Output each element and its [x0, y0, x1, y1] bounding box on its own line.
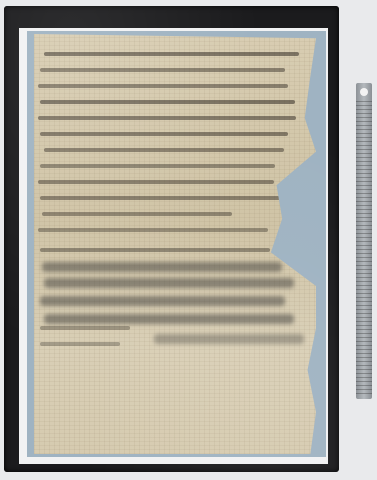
frame	[4, 6, 339, 472]
ruler-hole	[360, 88, 368, 96]
blue-mount	[27, 31, 326, 457]
scale-ruler	[356, 83, 372, 399]
ruler-ticks	[356, 101, 372, 395]
papyrus-sheet	[34, 34, 316, 454]
mat	[19, 28, 328, 464]
